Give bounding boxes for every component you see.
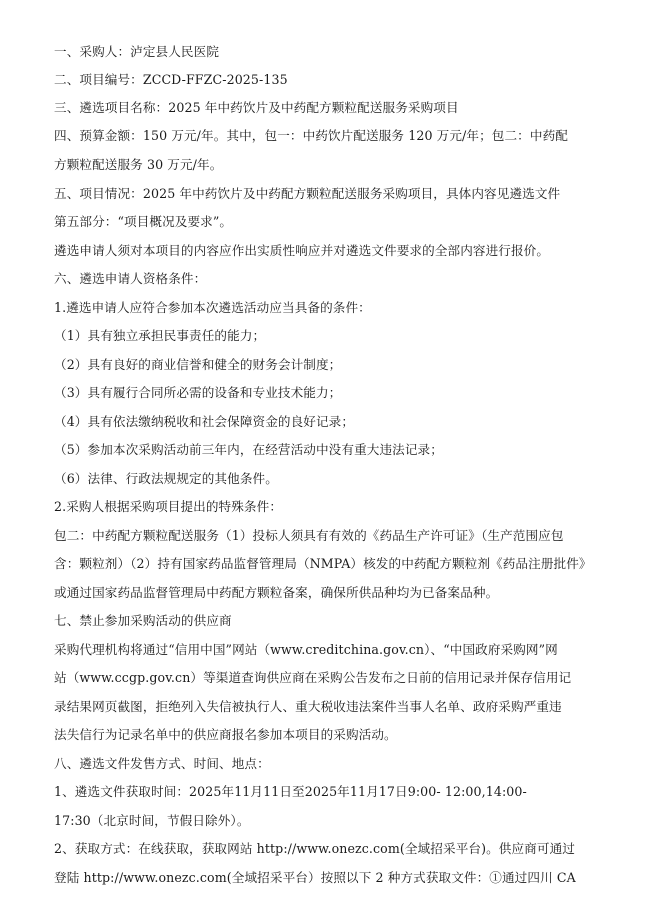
document-page: 一、采购人：泸定县人民医院 二、项目编号：ZCCD-FFZC-2025-135 …: [0, 0, 657, 913]
qualification-general: 1.遴选申请人应符合参加本次遴选活动应当具备的条件：: [54, 300, 371, 316]
project-info-line-cont: 第五部分：“项目概况及要求”。: [54, 214, 232, 230]
qualification-item-5: （5）参加本次采购活动前三年内，在经营活动中没有重大违法记录；: [54, 442, 443, 458]
purchaser-line: 一、采购人：泸定县人民医院: [54, 44, 219, 60]
credit-check-line-2: 站（www.ccgp.gov.cn）等渠道查询供应商在采购公告发布之日前的信用记…: [54, 670, 571, 686]
acquisition-method-line: 2、获取方式：在线获取，获取网站 http://www.onezc.com(全域…: [54, 841, 575, 857]
qualification-item-6: （6）法律、行政法规规定的其他条件。: [54, 471, 278, 487]
response-requirement-line: 遴选申请人须对本项目的内容应作出实质性响应并对遴选文件要求的全部内容进行报价。: [54, 243, 549, 259]
special-conditions-line-2: 含：颗粒剂）（2）持有国家药品监督管理局（NMPA）核发的中药配方颗粒剂《药品注…: [54, 556, 592, 572]
credit-check-line-1: 采购代理机构将通过“信用中国”网站（www.creditchina.gov.cn…: [54, 642, 558, 658]
credit-check-line-4: 法失信行为记录名单中的供应商报名参加本项目的采购活动。: [54, 727, 397, 743]
qualification-heading: 六、遴选申请人资格条件：: [54, 271, 206, 287]
special-conditions-line-1: 包二：中药配方颗粒配送服务（1）投标人须具有有效的《药品生产许可证》（生产范围应…: [54, 528, 564, 544]
qualification-item-2: （2）具有良好的商业信誉和健全的财务会计制度；: [54, 357, 341, 373]
acquisition-time-line-cont: 17:30（北京时间，节假日除外）。: [54, 813, 250, 829]
credit-check-line-3: 录结果网页截图，拒绝列入失信被执行人、重大税收违法案件当事人名单、政府采购严重违: [54, 699, 562, 715]
acquisition-time-line: 1、遴选文件获取时间：2025年11月11日至2025年11月17日9:00- …: [54, 784, 527, 800]
acquisition-method-line-cont: 登陆 http://www.onezc.com(全域招采平台）按照以下 2 种方…: [54, 870, 576, 886]
qualification-item-1: （1）具有独立承担民事责任的能力；: [54, 328, 265, 344]
special-conditions-heading: 2.采购人根据采购项目提出的特殊条件：: [54, 499, 282, 515]
project-number-line: 二、项目编号：ZCCD-FFZC-2025-135: [54, 72, 288, 88]
budget-line: 四、预算金额：150 万元/年。其中，包一：中药饮片配送服务 120 万元/年；…: [54, 128, 568, 144]
document-sale-heading: 八、遴选文件发售方式、时间、地点：: [54, 756, 270, 772]
special-conditions-line-3: 或通过国家药品监督管理局中药配方颗粒备案，确保所供品种均为已备案品种。: [54, 585, 498, 601]
prohibited-suppliers-heading: 七、禁止参加采购活动的供应商: [54, 613, 232, 629]
project-name-line: 三、遴选项目名称：2025 年中药饮片及中药配方颗粒配送服务采购项目: [54, 100, 459, 116]
qualification-item-4: （4）具有依法缴纳税收和社会保障资金的良好记录；: [54, 414, 354, 430]
budget-line-cont: 方颗粒配送服务 30 万元/年。: [54, 157, 222, 173]
qualification-item-3: （3）具有履行合同所必需的设备和专业技术能力；: [54, 385, 341, 401]
project-info-line: 五、项目情况：2025 年中药饮片及中药配方颗粒配送服务采购项目，具体内容见遴选…: [54, 186, 560, 202]
